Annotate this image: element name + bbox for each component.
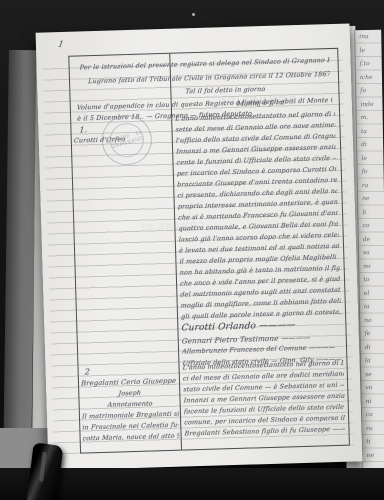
- entry-2-number: 2: [84, 366, 114, 378]
- entry-2-body: L'anno milleottocentosettantotto nel gio…: [182, 358, 345, 440]
- margin-line: cotta Maria, nauce dal atto 92: [82, 431, 180, 445]
- stamp-inner-ring: [106, 119, 148, 161]
- entry-number-text: 2: [84, 366, 114, 378]
- binder-clamp: [26, 442, 63, 500]
- entry-2-margin: Bregalanti Cerio GiuseppeJosephAnnotamen…: [81, 376, 180, 445]
- dust-speck: [192, 13, 195, 16]
- book-photo-scene: inalef.toichefoindem.tadileforanelicodes…: [0, 0, 384, 500]
- register-page: 1 COMUNE DI COMUNE DI COMUNE DI Per le i…: [36, 23, 363, 470]
- entry-1-body: L'anno milleottocentosettantotto nel gio…: [175, 109, 341, 323]
- page-corner-mark: 1: [57, 40, 64, 51]
- table-frame: COMUNE DI COMUNE DI COMUNE DI Per le ist…: [68, 48, 350, 454]
- clamp-highlight: [39, 452, 47, 482]
